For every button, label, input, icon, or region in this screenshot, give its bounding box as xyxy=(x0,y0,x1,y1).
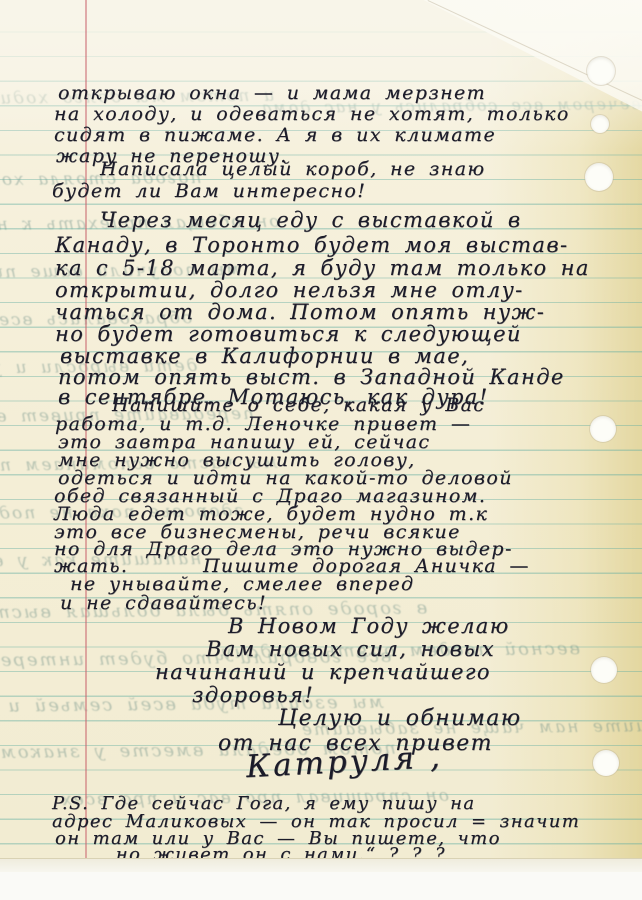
punch-holes-layer xyxy=(0,0,642,858)
punch-hole xyxy=(585,163,613,191)
punch-hole xyxy=(591,657,617,683)
letter-paper-sheet: и потом мы долго ходили по городуа вечер… xyxy=(0,0,642,859)
paper-bottom-edge xyxy=(0,859,642,872)
punch-hole xyxy=(593,750,619,776)
scan-background: { "document": { "kind": "handwritten let… xyxy=(0,0,642,900)
punch-hole xyxy=(590,416,616,442)
punch-hole xyxy=(591,115,609,133)
punch-hole xyxy=(587,57,615,85)
